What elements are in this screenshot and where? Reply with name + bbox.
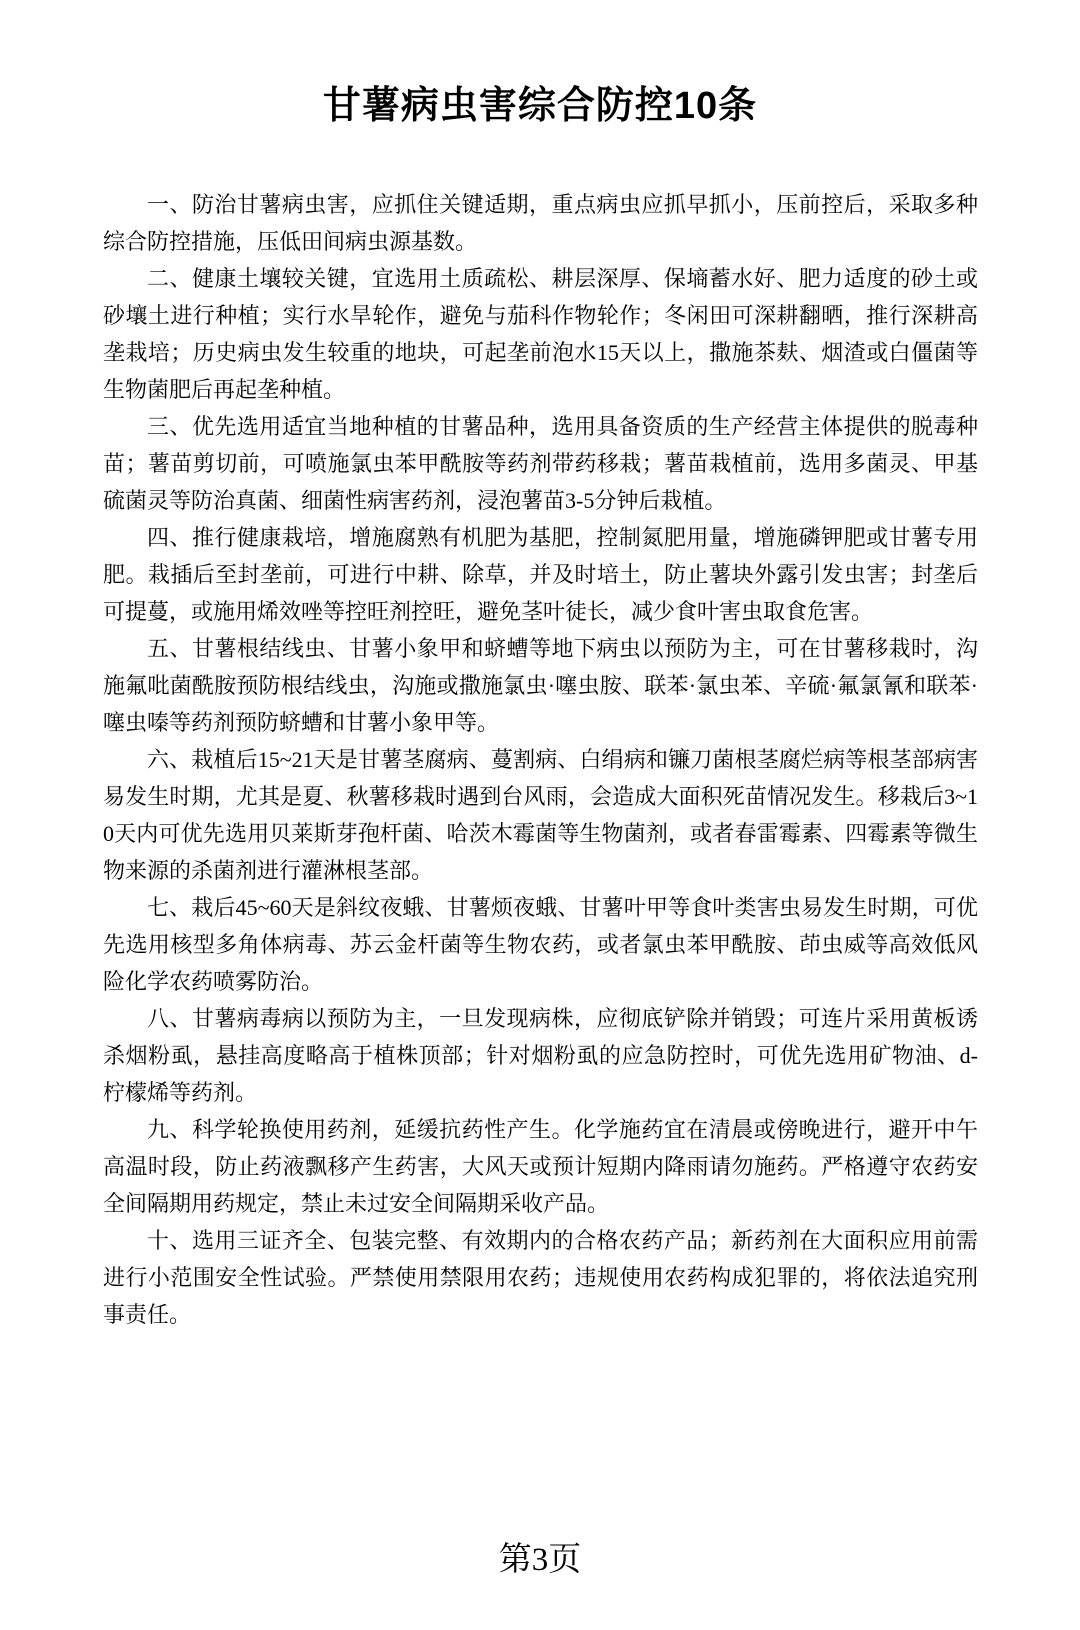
paragraph-1: 一、防治甘薯病虫害，应抓住关键适期，重点病虫应抓早抓小，压前控后，采取多种综合防…	[103, 186, 978, 260]
paragraph-6: 六、栽植后15~21天是甘薯茎腐病、蔓割病、白绢病和镰刀菌根茎腐烂病等根茎部病害…	[103, 741, 978, 889]
paragraph-7: 七、栽后45~60天是斜纹夜蛾、甘薯烦夜蛾、甘薯叶甲等食叶类害虫易发生时期，可优…	[103, 889, 978, 1000]
document-title: 甘薯病虫害综合防控10条	[0, 0, 1080, 130]
paragraph-8: 八、甘薯病毒病以预防为主，一旦发现病株，应彻底铲除并销毁；可连片采用黄板诱杀烟粉…	[103, 1000, 978, 1111]
paragraph-9: 九、科学轮换使用药剂，延缓抗药性产生。化学施药宜在清晨或傍晚进行，避开中午高温时…	[103, 1111, 978, 1222]
paragraph-2: 二、健康土壤较关键，宜选用土质疏松、耕层深厚、保墒蓄水好、肥力适度的砂土或砂壤土…	[103, 260, 978, 408]
paragraph-10: 十、选用三证齐全、包装完整、有效期内的合格农药产品；新药剂在大面积应用前需进行小…	[103, 1222, 978, 1333]
paragraph-4: 四、推行健康栽培，增施腐熟有机肥为基肥，控制氮肥用量，增施磷钾肥或甘薯专用肥。栽…	[103, 519, 978, 630]
document-page: 甘薯病虫害综合防控10条 一、防治甘薯病虫害，应抓住关键适期，重点病虫应抓早抓小…	[0, 0, 1080, 1630]
paragraph-5: 五、甘薯根结线虫、甘薯小象甲和蛴螬等地下病虫以预防为主，可在甘薯移栽时，沟施氟吡…	[103, 630, 978, 741]
document-body: 一、防治甘薯病虫害，应抓住关键适期，重点病虫应抓早抓小，压前控后，采取多种综合防…	[0, 130, 1080, 1333]
paragraph-3: 三、优先选用适宜当地种植的甘薯品种，选用具备资质的生产经营主体提供的脱毒种苗；薯…	[103, 408, 978, 519]
page-number: 第3页	[0, 1538, 1080, 1582]
